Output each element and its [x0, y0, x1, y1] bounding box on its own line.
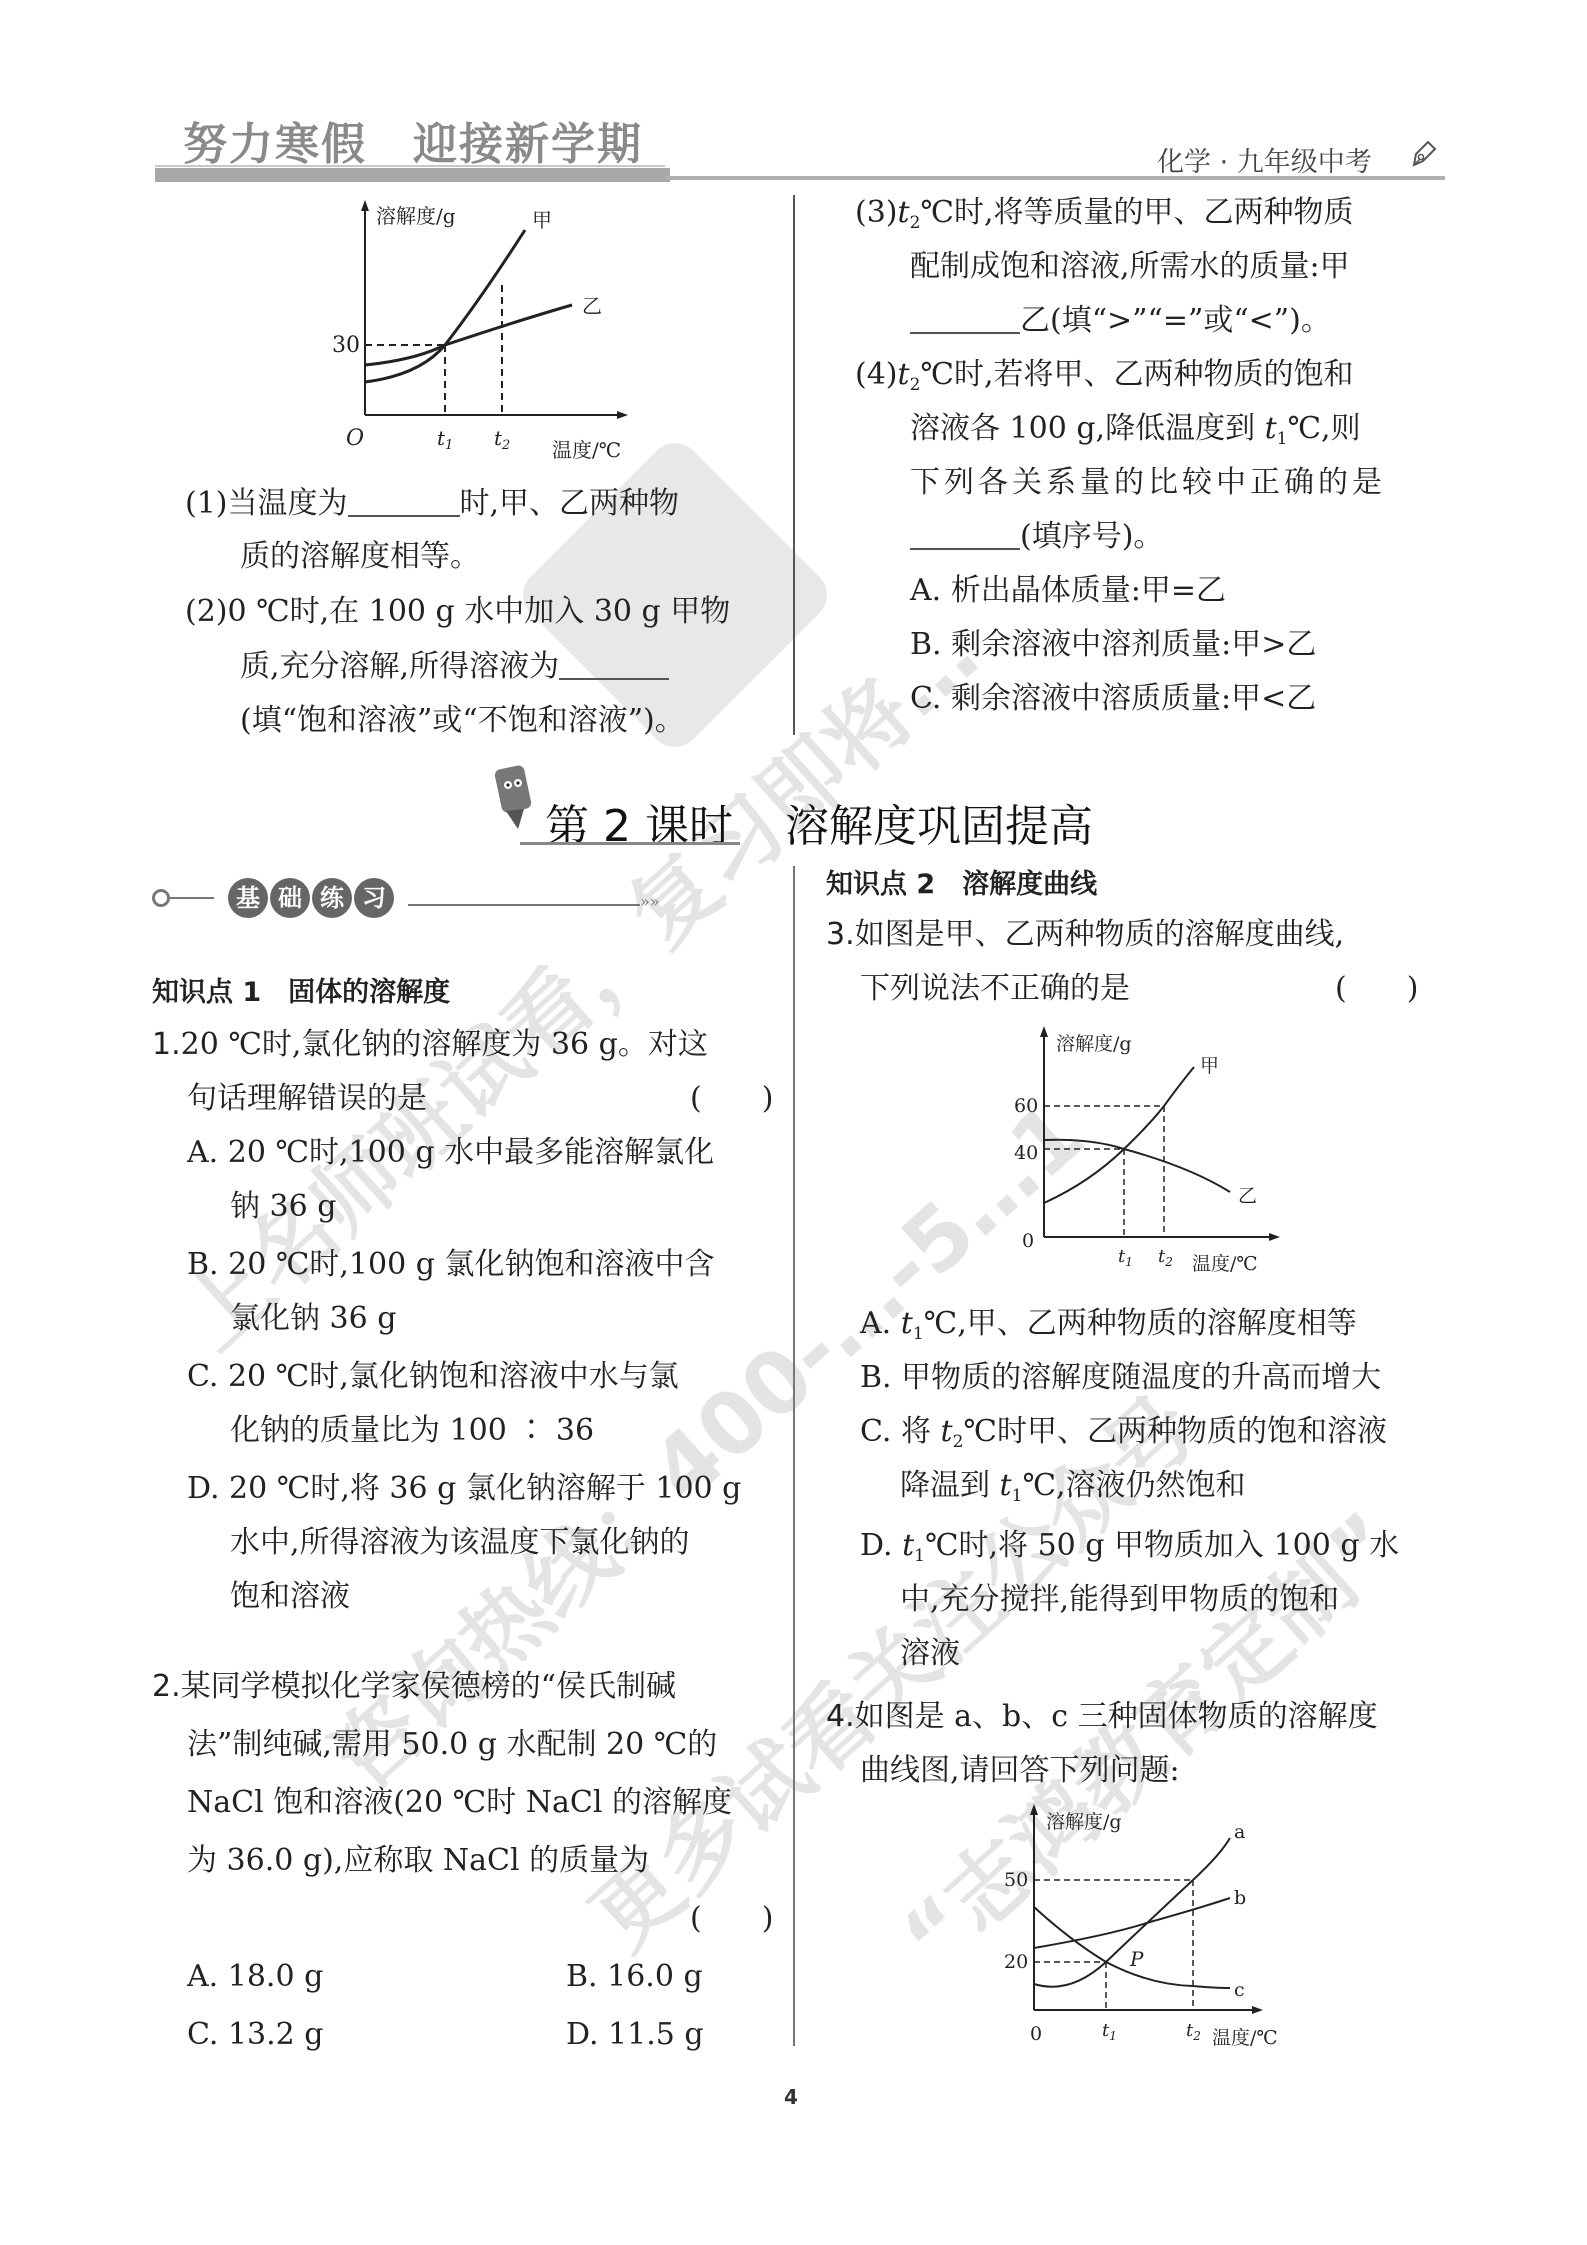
option: A. 20 ℃时,100 g 水中最多能溶解氯化 — [187, 1126, 714, 1180]
svg-text:40: 40 — [1014, 1142, 1038, 1164]
sub-question-2: (2)0 ℃时,在 100 g 水中加入 30 g 甲物 — [185, 585, 730, 639]
svg-text:b: b — [1234, 1887, 1246, 1909]
answer-blank[interactable] — [559, 650, 669, 680]
svg-text:甲: 甲 — [532, 208, 552, 232]
svg-text:50: 50 — [1004, 1869, 1028, 1891]
svg-text:溶解度/g: 溶解度/g — [1056, 1033, 1132, 1055]
question-4: 4.如图是 a、b、c 三种固体物质的溶解度 — [826, 1690, 1378, 1744]
svg-text:温度/℃: 温度/℃ — [1212, 2027, 1278, 2049]
option: D. 11.5 g — [566, 2008, 704, 2062]
svg-text:O: O — [346, 426, 364, 451]
svg-text:20: 20 — [1004, 1951, 1028, 1973]
mascot-icon — [490, 763, 540, 833]
svg-text:t1: t1 — [1102, 2020, 1117, 2043]
svg-text:乙: 乙 — [582, 294, 602, 318]
svg-text:60: 60 — [1014, 1095, 1038, 1117]
y-axis-label: 溶解度/g — [376, 204, 456, 228]
option: A. 析出晶体质量:甲=乙 — [910, 564, 1226, 618]
intersection-point-label: P — [1129, 1947, 1144, 1971]
answer-blank[interactable] — [910, 520, 1020, 550]
header-bar — [155, 168, 670, 182]
svg-text:t1: t1 — [437, 426, 453, 453]
option: B. 20 ℃时,100 g 氯化钠饱和溶液中含 — [187, 1238, 714, 1292]
solubility-chart-1: 溶解度/g 温度/℃ O 30 t1 t2 甲 乙 — [320, 195, 640, 465]
answer-parens[interactable]: ( ) — [690, 1892, 773, 1946]
svg-text:t2: t2 — [1158, 1246, 1173, 1269]
answer-parens[interactable]: ( ) — [690, 1072, 773, 1126]
svg-text:乙: 乙 — [1238, 1185, 1257, 1207]
answer-blank[interactable] — [348, 487, 460, 517]
bullet-icon — [152, 889, 170, 907]
question-2: 2.某同学模拟化学家侯德榜的“侯氏制碱 — [152, 1660, 676, 1714]
option: B. 甲物质的溶解度随温度的升高而增大 — [860, 1351, 1381, 1405]
option: C. 20 ℃时,氯化钠饱和溶液中水与氯 — [187, 1350, 679, 1404]
sub-question-1: (1)当温度为时,甲、乙两种物 — [185, 477, 679, 531]
header-divider-light — [155, 165, 665, 167]
svg-text:甲: 甲 — [1200, 1055, 1219, 1077]
option: D. 20 ℃时,将 36 g 氯化钠溶解于 100 g — [187, 1462, 741, 1516]
svg-text:t2: t2 — [494, 426, 510, 453]
answer-blank[interactable] — [910, 304, 1020, 334]
answer-parens[interactable]: ( ) — [1335, 962, 1418, 1016]
lesson-underline — [520, 842, 740, 845]
option: B. 16.0 g — [566, 1950, 703, 2004]
svg-text:0: 0 — [1022, 1230, 1034, 1252]
solubility-chart-2: 溶解度/g 温度/℃ 0 40 60 t1 t2 甲 乙 — [1010, 1022, 1300, 1292]
question-3: 3.如图是甲、乙两种物质的溶解度曲线, — [826, 908, 1344, 962]
pen-nib-icon — [1410, 138, 1438, 168]
option: B. 剩余溶液中溶剂质量:甲>乙 — [910, 618, 1316, 672]
knowledge-point-1: 知识点 1 固体的溶解度 — [152, 970, 450, 1009]
subject-label: 化学 · 九年级中考 — [1157, 140, 1372, 179]
question-1: 1.20 ℃时,氯化钠的溶解度为 36 g。对这 — [152, 1018, 708, 1072]
option: C. 13.2 g — [187, 2008, 324, 2062]
svg-text:t1: t1 — [1118, 1246, 1133, 1269]
chevrons-icon: »» — [640, 892, 660, 911]
column-divider — [793, 195, 795, 735]
svg-text:温度/℃: 温度/℃ — [1192, 1253, 1258, 1275]
svg-text:30: 30 — [332, 333, 360, 358]
section-label-basic-practice: 基 础 练 习 »» — [152, 878, 660, 918]
solubility-chart-3: 溶解度/g 温度/℃ 0 20 50 t1 t2 a b c P — [990, 1800, 1310, 2060]
svg-text:t2: t2 — [1186, 2020, 1201, 2043]
x-axis-label: 温度/℃ — [552, 438, 621, 462]
svg-text:a: a — [1234, 1821, 1245, 1843]
column-divider — [793, 866, 795, 2046]
page-number: 4 — [784, 2085, 798, 2109]
option: A. 18.0 g — [187, 1950, 323, 2004]
svg-text:c: c — [1234, 1979, 1245, 2001]
page-header-title: 努力寒假 迎接新学期 — [183, 108, 643, 172]
knowledge-point-2: 知识点 2 溶解度曲线 — [826, 862, 1097, 901]
svg-text:溶解度/g: 溶解度/g — [1046, 1811, 1122, 1833]
svg-text:0: 0 — [1030, 2023, 1042, 2045]
option: C. 剩余溶液中溶质质量:甲<乙 — [910, 672, 1316, 726]
